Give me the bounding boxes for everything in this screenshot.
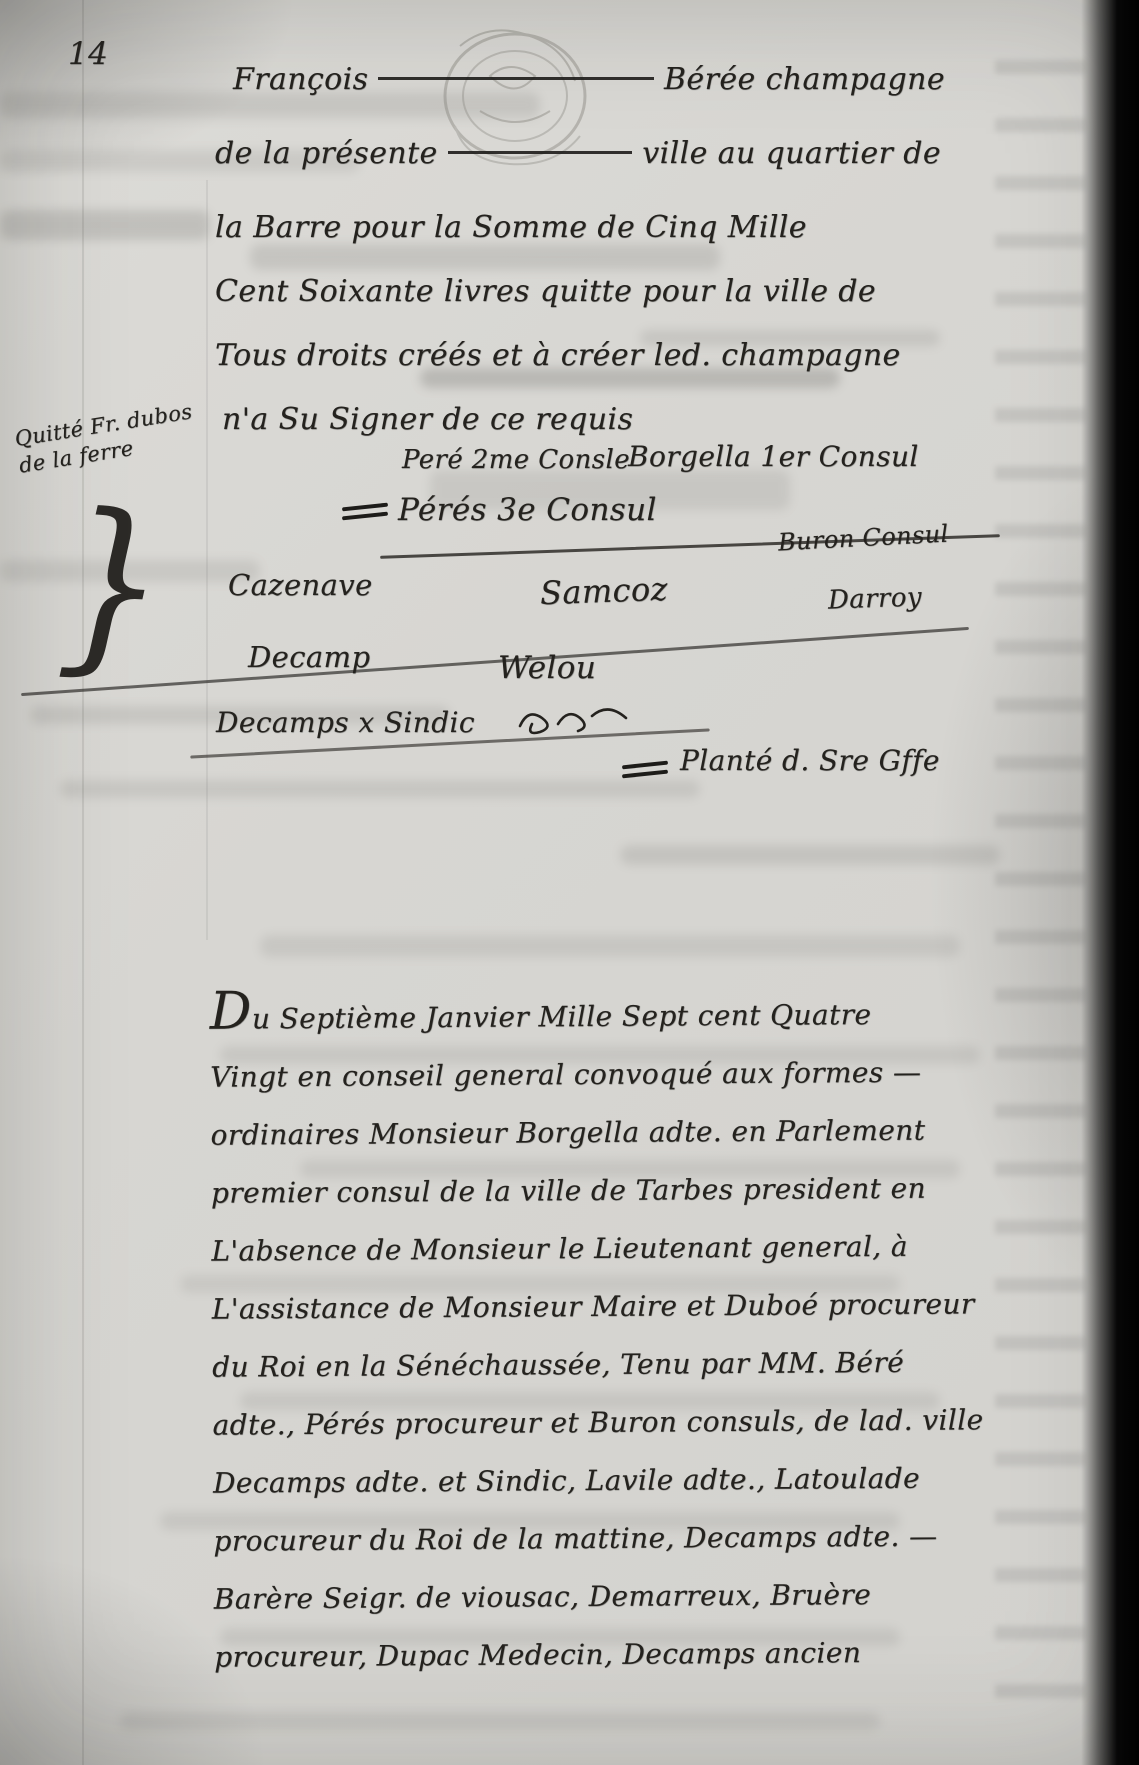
bleed-smudge xyxy=(60,780,700,798)
opening-line-1: François Bérée champagne xyxy=(233,62,945,97)
bleed-smudge xyxy=(250,244,720,270)
scan-edge xyxy=(1081,0,1139,1765)
opening-line-5-text: Tous droits créés et à créer led. champa… xyxy=(215,338,901,373)
signature-text: Decamps x Sindic xyxy=(216,706,475,739)
opening-line-3: la Barre pour la Somme de Cinq Mille xyxy=(215,210,807,245)
brace-flourish: } xyxy=(54,487,170,681)
paragraph-line: du Roi en la Sénéchaussée, Tenu par MM. … xyxy=(212,1333,980,1396)
paragraph-line: L'assistance de Monsieur Maire et Duboé … xyxy=(212,1275,980,1338)
paraph-equals xyxy=(622,758,668,781)
signature-text: Darroy xyxy=(828,582,923,615)
page-crease xyxy=(82,0,84,1765)
signature-decamps-sindic: Decamps x Sindic xyxy=(216,706,475,739)
paraph-stroke xyxy=(21,627,969,696)
paragraph-line: Du Septième Janvier Mille Sept cent Quat… xyxy=(210,985,978,1048)
opening-line-2-left: de la présente xyxy=(215,136,438,171)
paragraph-line: adte., Pérés procureur et Buron consuls,… xyxy=(212,1391,980,1454)
signature-text: Peré 2me Consle xyxy=(402,445,630,475)
paragraph-line: procureur, Dupac Medecin, Decamps ancien xyxy=(214,1623,982,1686)
bleed-column xyxy=(995,60,1085,1710)
signature-plante-greffier: Planté d. Sre Gffe xyxy=(680,744,940,777)
signature-text: Decamp xyxy=(248,640,370,674)
signature-cazenave: Cazenave xyxy=(228,568,373,602)
signature-pere-2me: Peré 2me Consle xyxy=(402,445,630,475)
opening-line-1-right: Bérée champagne xyxy=(664,62,945,97)
bleed-smudge xyxy=(0,210,210,240)
opening-line-2-right: ville au quartier de xyxy=(642,136,941,171)
paraph-loops xyxy=(512,696,632,742)
signature-text: Planté d. Sre Gffe xyxy=(680,744,940,777)
opening-line-3-text: la Barre pour la Somme de Cinq Mille xyxy=(215,210,807,245)
signature-borgella: Borgella 1er Consul xyxy=(628,440,919,473)
fill-dash xyxy=(378,77,654,80)
paragraph-line: ordinaires Monsieur Borgella adte. en Pa… xyxy=(210,1101,978,1164)
signature-text: Samcoz xyxy=(539,570,668,612)
paragraph-line: procureur du Roi de la mattine, Decamps … xyxy=(213,1507,981,1570)
opening-line-2: de la présente ville au quartier de xyxy=(215,136,941,171)
signature-text: Borgella 1er Consul xyxy=(628,440,919,473)
opening-line-1-left: François xyxy=(233,62,368,97)
signature-samcoz: Samcoz xyxy=(539,570,668,612)
signature-peres-3e: Pérés 3e Consul xyxy=(398,492,657,528)
bleed-smudge xyxy=(260,935,960,957)
paragraph-line: Decamps adte. et Sindic, Lavile adte., L… xyxy=(213,1449,981,1512)
paragraph-line: L'absence de Monsieur le Lieutenant gene… xyxy=(211,1217,979,1280)
opening-line-4-text: Cent Soixante livres quitte pour la vill… xyxy=(215,274,876,309)
margin-rule xyxy=(206,180,208,940)
paragraph-line: premier consul de la ville de Tarbes pre… xyxy=(211,1159,979,1222)
paraph-equals xyxy=(342,500,388,523)
signature-decamp: Decamp xyxy=(248,640,370,674)
signature-darroy: Darroy xyxy=(828,582,923,615)
opening-line-4: Cent Soixante livres quitte pour la vill… xyxy=(215,274,876,309)
paragraph-line: Barère Seigr. de viousac, Demarreux, Bru… xyxy=(214,1565,982,1628)
main-paragraph: Du Septième Janvier Mille Sept cent Quat… xyxy=(210,985,983,1686)
opening-line-6-text: n'a Su Signer de ce requis xyxy=(222,402,633,437)
opening-line-6: n'a Su Signer de ce requis xyxy=(222,402,633,437)
signature-text: Pérés 3e Consul xyxy=(398,492,657,528)
manuscript-page: 14 François Bérée champagne de la présen… xyxy=(0,0,1139,1765)
fill-dash xyxy=(448,151,633,154)
signature-text: Cazenave xyxy=(228,568,373,602)
margin-note: Quitté Fr. dubos de la ferre xyxy=(13,398,199,479)
page-number: 14 xyxy=(68,36,108,72)
bleed-smudge xyxy=(120,1712,880,1730)
opening-line-5: Tous droits créés et à créer led. champa… xyxy=(215,338,901,373)
paragraph-line: Vingt en conseil general convoqué aux fo… xyxy=(210,1043,978,1106)
bleed-smudge xyxy=(620,845,1000,865)
